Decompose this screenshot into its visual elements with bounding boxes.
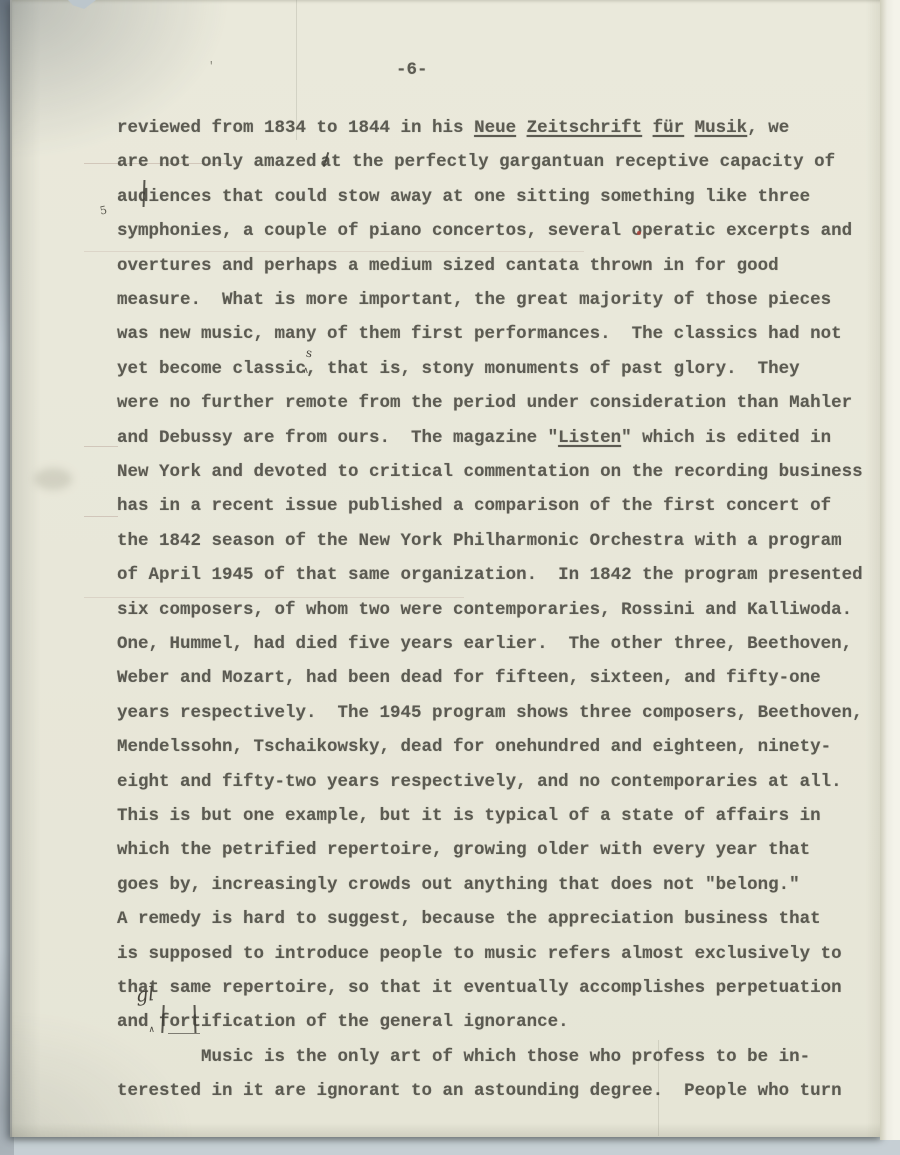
typed-text: was new music, many of them first perfor… xyxy=(117,324,842,344)
typed-text: six composers, of whom two were contempo… xyxy=(117,600,852,620)
typed-text: has in a recent issue published a compar… xyxy=(117,496,831,516)
typed-line: terested in it are ignorant to an astoun… xyxy=(117,1080,842,1102)
typed-text: of April 1945 of that same organization.… xyxy=(117,565,863,585)
typed-text xyxy=(684,118,695,138)
insert-caret-classic: ∧ xyxy=(303,367,308,376)
typed-text xyxy=(516,118,527,138)
typed-line: has in a recent issue published a compar… xyxy=(117,495,831,517)
typed-text: goes by, increasingly crowds out anythin… xyxy=(117,875,800,895)
red-pencil-dot-operatic xyxy=(637,231,641,235)
insert-caret-gl: ∧ xyxy=(149,1026,154,1035)
typed-text: overtures and perhaps a medium sized can… xyxy=(117,256,779,276)
typed-text: which the petrified repertoire, growing … xyxy=(117,840,810,860)
pen-underline-ort xyxy=(168,1033,200,1034)
typed-line: measure. What is more important, the gre… xyxy=(117,289,831,311)
typed-line: was new music, many of them first perfor… xyxy=(117,323,842,345)
typed-line: symphonies, a couple of piano concertos,… xyxy=(117,220,852,242)
typed-text: symphonies, a couple of piano concertos,… xyxy=(117,221,852,241)
typed-text: audiences that could stow away at one si… xyxy=(117,187,810,207)
typed-text: and Debussy are from ours. The magazine … xyxy=(117,428,558,448)
typed-text: years respectively. The 1945 program sho… xyxy=(117,703,863,723)
typed-line: were no further remote from the period u… xyxy=(117,392,852,414)
typed-text: reviewed from 1834 to 1844 in his xyxy=(117,118,474,138)
typed-line: of April 1945 of that same organization.… xyxy=(117,564,863,586)
stray-ink-speck: ' xyxy=(208,62,215,73)
typed-line: years respectively. The 1945 program sho… xyxy=(117,702,863,724)
typed-text xyxy=(642,118,653,138)
typed-text: the perfectly gargantuan receptive capac… xyxy=(342,152,836,172)
typed-text: are not only amazed xyxy=(117,152,317,172)
typed-text: Music is the only art of which those who… xyxy=(117,1047,810,1067)
typed-text: were no further remote from the period u… xyxy=(117,393,852,413)
typed-line: and Debussy are from ours. The magazine … xyxy=(117,427,831,449)
typed-line: reviewed from 1834 to 1844 in his Neue Z… xyxy=(117,117,789,139)
typed-line: are not only amazedat the perfectly garg… xyxy=(117,151,835,173)
typed-line: eight and fifty-two years respectively, … xyxy=(117,771,842,793)
scanned-document-screenshot: { "document": { "page_label": "-6-", "li… xyxy=(0,0,900,1155)
underlined-text: Musik xyxy=(695,118,748,138)
typed-text: Mendelssohn, Tschaikowsky, dead for oneh… xyxy=(117,737,831,757)
typed-line: Mendelssohn, Tschaikowsky, dead for oneh… xyxy=(117,736,831,758)
typed-text: is supposed to introduce people to music… xyxy=(117,944,842,964)
typed-text: Weber and Mozart, had been dead for fift… xyxy=(117,668,821,688)
typed-text: New York and devoted to critical comment… xyxy=(117,462,863,482)
page-number: -6- xyxy=(396,60,428,80)
typed-line: Weber and Mozart, had been dead for fift… xyxy=(117,667,821,689)
handwritten-gl-insert: gl xyxy=(135,985,155,1006)
typed-line: the 1842 season of the New York Philharm… xyxy=(117,530,842,552)
typed-line: This is but one example, but it is typic… xyxy=(117,805,821,827)
superscript-mark-symphonies: 5 xyxy=(99,204,108,216)
typed-text: This is but one example, but it is typic… xyxy=(117,806,821,826)
typed-text: eight and fifty-two years respectively, … xyxy=(117,772,842,792)
typed-line: audiences that could stow away at one si… xyxy=(117,186,810,208)
typed-line: New York and devoted to critical comment… xyxy=(117,461,863,483)
typed-line: that same repertoire, so that it eventua… xyxy=(117,977,842,999)
typed-line: A remedy is hard to suggest, because the… xyxy=(117,908,821,930)
pen-stroke-t-fortification xyxy=(194,1005,197,1033)
typed-text: yet become classic, that is, stony monum… xyxy=(117,359,800,379)
underlined-text: für xyxy=(653,118,685,138)
underlined-text: Neue xyxy=(474,118,516,138)
typed-text: that same repertoire, so that it eventua… xyxy=(117,978,842,998)
typed-text: the 1842 season of the New York Philharm… xyxy=(117,531,842,551)
typed-text: A remedy is hard to suggest, because the… xyxy=(117,909,821,929)
typed-line: goes by, increasingly crowds out anythin… xyxy=(117,874,800,896)
typed-text: and fortification of the general ignoran… xyxy=(117,1012,569,1032)
typed-text: " which is edited in xyxy=(621,428,831,448)
typed-line: Music is the only art of which those who… xyxy=(117,1046,810,1068)
typed-text: terested in it are ignorant to an astoun… xyxy=(117,1081,842,1101)
typed-line: overtures and perhaps a medium sized can… xyxy=(117,255,779,277)
typed-line: which the petrified repertoire, growing … xyxy=(117,839,810,861)
typed-text: measure. What is more important, the gre… xyxy=(117,290,831,310)
typed-text-block: -6- reviewed from 1834 to 1844 in his Ne… xyxy=(0,0,900,1155)
typed-line: One, Hummel, had died five years earlier… xyxy=(117,633,852,655)
typed-line: six composers, of whom two were contempo… xyxy=(117,599,852,621)
underlined-text: Listen xyxy=(558,428,621,448)
typed-line: and fortification of the general ignoran… xyxy=(117,1011,569,1033)
typed-line: is supposed to introduce people to music… xyxy=(117,943,842,965)
typed-line: yet become classic, that is, stony monum… xyxy=(117,358,800,380)
typed-text: , we xyxy=(747,118,789,138)
underlined-text: Zeitschrift xyxy=(527,118,643,138)
typed-text: One, Hummel, had died five years earlier… xyxy=(117,634,852,654)
